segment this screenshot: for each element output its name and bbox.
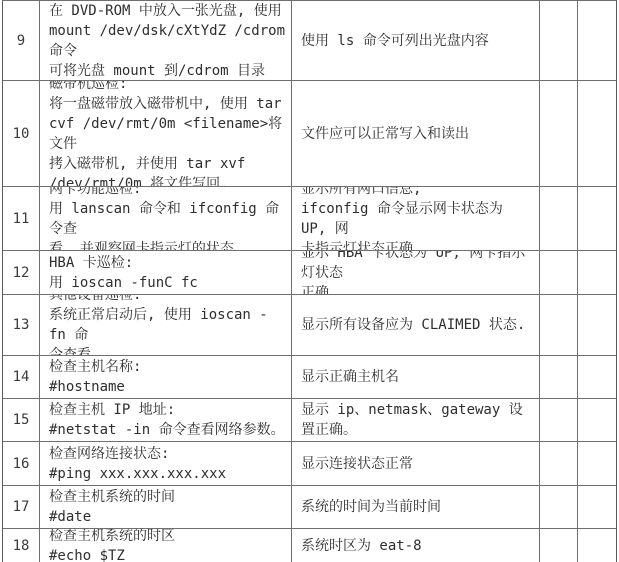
row-number-cell: 10 — [3, 81, 40, 186]
task-cell: HBA 卡巡检: 用 ioscan -funC fc — [40, 251, 292, 294]
check-cell-2 — [578, 1, 616, 80]
table-row: 14 检查主机名称: #hostname 显示正确主机名 — [3, 356, 616, 399]
check-cell-1 — [540, 1, 578, 80]
expected-cell: 文件应可以正常写入和读出 — [292, 81, 540, 186]
table-row: 11 网卡功能巡检: 用 lanscan 命令和 ifconfig 命令查 看,… — [3, 187, 616, 251]
checklist-table: 9 光驱巡检: 在 DVD-ROM 中放入一张光盘, 使用 mount /dev… — [2, 0, 617, 562]
expected-cell: 系统时区为 eat-8 — [292, 529, 540, 562]
task-cell: 磁带机巡检: 将一盘磁带放入磁带机中, 使用 tar cvf /dev/rmt/… — [40, 81, 292, 186]
row-number-cell: 15 — [3, 399, 40, 441]
check-cell-1 — [540, 529, 578, 562]
row-number-cell: 17 — [3, 486, 40, 528]
expected-cell: 显示 HBA 卡状态为 UP, 网卡指示灯状态 正确. — [292, 251, 540, 294]
check-cell-1 — [540, 399, 578, 441]
task-cell: 检查主机系统的时间 #date — [40, 486, 292, 528]
row-number-cell: 9 — [3, 1, 40, 80]
task-cell: 检查主机系统的时区 #echo $TZ — [40, 529, 292, 562]
check-cell-2 — [578, 251, 616, 294]
table-row: 9 光驱巡检: 在 DVD-ROM 中放入一张光盘, 使用 mount /dev… — [3, 1, 616, 81]
check-cell-2 — [578, 442, 616, 485]
expected-cell: 显示连接状态正常 — [292, 442, 540, 485]
check-cell-2 — [578, 356, 616, 398]
table-row: 12 HBA 卡巡检: 用 ioscan -funC fc 显示 HBA 卡状态… — [3, 251, 616, 295]
check-cell-2 — [578, 486, 616, 528]
task-cell: 网卡功能巡检: 用 lanscan 命令和 ifconfig 命令查 看, 并观… — [40, 187, 292, 250]
expected-cell: 使用 ls 命令可列出光盘内容 — [292, 1, 540, 80]
check-cell-2 — [578, 295, 616, 355]
expected-cell: 显示正确主机名 — [292, 356, 540, 398]
expected-cell: 系统的时间为当前时间 — [292, 486, 540, 528]
check-cell-2 — [578, 529, 616, 562]
expected-cell: 显示所有设备应为 CLAIMED 状态. — [292, 295, 540, 355]
row-number-cell: 13 — [3, 295, 40, 355]
table-row: 13 其他设备巡检: 系统正常启动后, 使用 ioscan - fn 命 令查看… — [3, 295, 616, 356]
expected-cell: 显示所有网口信息, ifconfig 命令显示网卡状态为 UP, 网 卡指示灯状… — [292, 187, 540, 250]
task-cell: 检查网络连接状态: #ping xxx.xxx.xxx.xxx — [40, 442, 292, 485]
table-row: 10 磁带机巡检: 将一盘磁带放入磁带机中, 使用 tar cvf /dev/r… — [3, 81, 616, 187]
check-cell-2 — [578, 187, 616, 250]
table-row: 17 检查主机系统的时间 #date 系统的时间为当前时间 — [3, 486, 616, 529]
document-page: 9 光驱巡检: 在 DVD-ROM 中放入一张光盘, 使用 mount /dev… — [0, 0, 619, 562]
check-cell-1 — [540, 442, 578, 485]
row-number-cell: 18 — [3, 529, 40, 562]
check-cell-1 — [540, 251, 578, 294]
task-cell: 检查主机 IP 地址: #netstat -in 命令查看网络参数。 — [40, 399, 292, 441]
check-cell-1 — [540, 187, 578, 250]
check-cell-1 — [540, 486, 578, 528]
table-row: 15 检查主机 IP 地址: #netstat -in 命令查看网络参数。 显示… — [3, 399, 616, 442]
check-cell-1 — [540, 295, 578, 355]
task-cell: 其他设备巡检: 系统正常启动后, 使用 ioscan - fn 命 令查看. — [40, 295, 292, 355]
row-number-cell: 12 — [3, 251, 40, 294]
row-number-cell: 16 — [3, 442, 40, 485]
table-row: 16 检查网络连接状态: #ping xxx.xxx.xxx.xxx 显示连接状… — [3, 442, 616, 486]
expected-cell: 显示 ip、netmask、gateway 设置正确。 — [292, 399, 540, 441]
check-cell-1 — [540, 356, 578, 398]
task-cell: 检查主机名称: #hostname — [40, 356, 292, 398]
check-cell-2 — [578, 399, 616, 441]
check-cell-2 — [578, 81, 616, 186]
table-row: 18 检查主机系统的时区 #echo $TZ 系统时区为 eat-8 — [3, 529, 616, 562]
row-number-cell: 14 — [3, 356, 40, 398]
task-cell: 光驱巡检: 在 DVD-ROM 中放入一张光盘, 使用 mount /dev/d… — [40, 1, 292, 80]
row-number-cell: 11 — [3, 187, 40, 250]
check-cell-1 — [540, 81, 578, 186]
